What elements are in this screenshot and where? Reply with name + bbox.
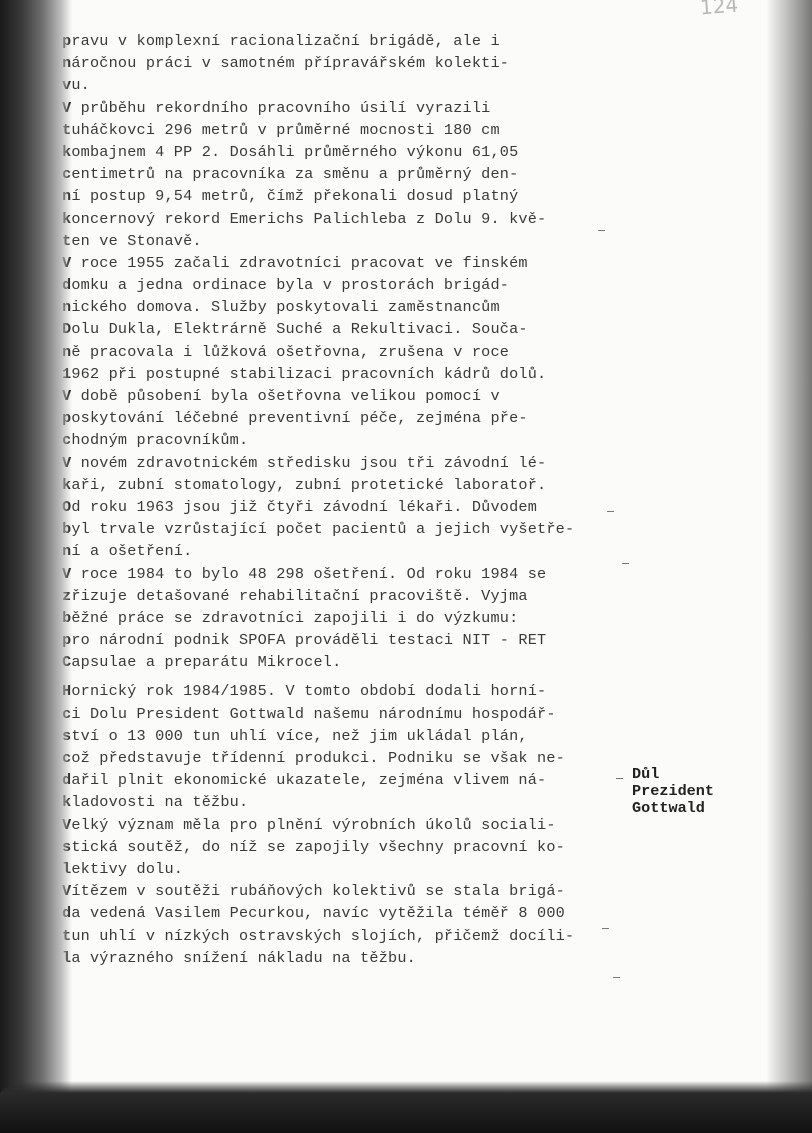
text-line: zřizuje detašované rehabilitační pracovi…	[62, 585, 642, 607]
paragraph: Velký význam měla pro plnění výrobních ú…	[62, 814, 642, 881]
text-line: lektivy dolu.	[62, 858, 642, 880]
paragraph: Hornický rok 1984/1985. V tomto období d…	[62, 680, 642, 813]
text-line: ci Dolu President Gottwald našemu národn…	[62, 703, 642, 725]
text-line: V roce 1955 začali zdravotníci pracovat …	[62, 252, 642, 274]
text-line: V novém zdravotnickém středisku jsou tři…	[62, 452, 642, 474]
paragraph: V novém zdravotnickém středisku jsou tři…	[62, 452, 642, 563]
text-line: da vedená Vasilem Pecurkou, navíc vytěži…	[62, 902, 642, 924]
text-line: stická soutěž, do níž se zapojily všechn…	[62, 836, 642, 858]
text-line: V době působení byla ošetřovna velikou p…	[62, 385, 642, 407]
text-line: kombajnem 4 PP 2. Dosáhli průměrného výk…	[62, 141, 642, 163]
text-line: Od roku 1963 jsou již čtyři závodní léka…	[62, 496, 642, 518]
paragraph: pravu v komplexní racionalizační brigádě…	[62, 30, 642, 97]
text-line: tun uhlí v nízkých ostravských slojích, …	[62, 925, 642, 947]
paragraph: V roce 1955 začali zdravotníci pracovat …	[62, 252, 642, 452]
paragraph: Vítězem v soutěži rubáňových kolektivů s…	[62, 880, 642, 969]
paragraph-gap	[62, 673, 642, 680]
text-line: ně pracovala i lůžková ošetřovna, zrušen…	[62, 341, 642, 363]
text-line: náročnou práci v samotném přípravářském …	[62, 52, 642, 74]
text-line: což představuje třídenní produkci. Podni…	[62, 747, 642, 769]
margin-note: DůlPrezidentGottwald	[632, 766, 714, 817]
margin-dash-mark	[602, 928, 609, 929]
text-line: centimetrů na pracovníka za směnu a prům…	[62, 163, 642, 185]
scanned-page: 124 pravu v komplexní racionalizační bri…	[0, 0, 812, 1133]
margin-dash-mark	[598, 230, 605, 231]
paragraph: V průběhu rekordního pracovního úsilí vy…	[62, 97, 642, 252]
margin-note-line: Gottwald	[632, 800, 714, 817]
text-line: tuháčkovci 296 metrů v průměrné mocnosti…	[62, 119, 642, 141]
text-line: ní a ošetření.	[62, 540, 642, 562]
scan-bottom-edge-shadow	[0, 1081, 812, 1133]
paragraph: V roce 1984 to bylo 48 298 ošetření. Od …	[62, 563, 642, 674]
text-line: poskytování léčebné preventivní péče, ze…	[62, 407, 642, 429]
handwritten-page-number: 124	[699, 0, 739, 19]
text-line: běžné práce se zdravotníci zapojili i do…	[62, 607, 642, 629]
text-line: domku a jedna ordinace byla v prostorách…	[62, 274, 642, 296]
text-line: chodným pracovníkům.	[62, 429, 642, 451]
margin-dash-mark	[607, 511, 614, 512]
text-line: nického domova. Služby poskytovali zaměs…	[62, 296, 642, 318]
scan-binding-shadow	[0, 0, 72, 1133]
text-line: ní postup 9,54 metrů, čímž překonali dos…	[62, 185, 642, 207]
margin-note-line: Důl	[632, 766, 714, 783]
margin-dash-mark	[622, 563, 629, 564]
text-line: 1962 při postupné stabilizaci pracovních…	[62, 363, 642, 385]
text-line: V roce 1984 to bylo 48 298 ošetření. Od …	[62, 563, 642, 585]
text-line: ten ve Stonavě.	[62, 230, 642, 252]
text-line: la výrazného snížení nákladu na těžbu.	[62, 947, 642, 969]
text-line: pravu v komplexní racionalizační brigádě…	[62, 30, 642, 52]
text-line: vu.	[62, 74, 642, 96]
text-line: kaři, zubní stomatology, zubní protetick…	[62, 474, 642, 496]
scan-right-edge-shadow	[766, 0, 812, 1133]
text-line: ství o 13 000 tun uhlí více, než jim ukl…	[62, 725, 642, 747]
text-line: Dolu Dukla, Elektrárně Suché a Rekultiva…	[62, 318, 642, 340]
margin-dash-mark	[613, 977, 620, 978]
text-line: byl trvale vzrůstající počet pacientů a …	[62, 518, 642, 540]
text-line: Hornický rok 1984/1985. V tomto období d…	[62, 680, 642, 702]
text-line: dařil plnit ekonomické ukazatele, zejmén…	[62, 769, 642, 791]
typewritten-body: pravu v komplexní racionalizační brigádě…	[62, 30, 642, 969]
text-line: kladovosti na těžbu.	[62, 791, 642, 813]
text-line: Vítězem v soutěži rubáňových kolektivů s…	[62, 880, 642, 902]
margin-note-line: Prezident	[632, 783, 714, 800]
margin-dash-mark	[616, 778, 623, 779]
text-line: Capsulae a preparátu Mikrocel.	[62, 651, 642, 673]
text-line: Velký význam měla pro plnění výrobních ú…	[62, 814, 642, 836]
text-line: V průběhu rekordního pracovního úsilí vy…	[62, 97, 642, 119]
text-line: pro národní podnik SPOFA prováděli testa…	[62, 629, 642, 651]
text-line: koncernový rekord Emerichs Palichleba z …	[62, 208, 642, 230]
